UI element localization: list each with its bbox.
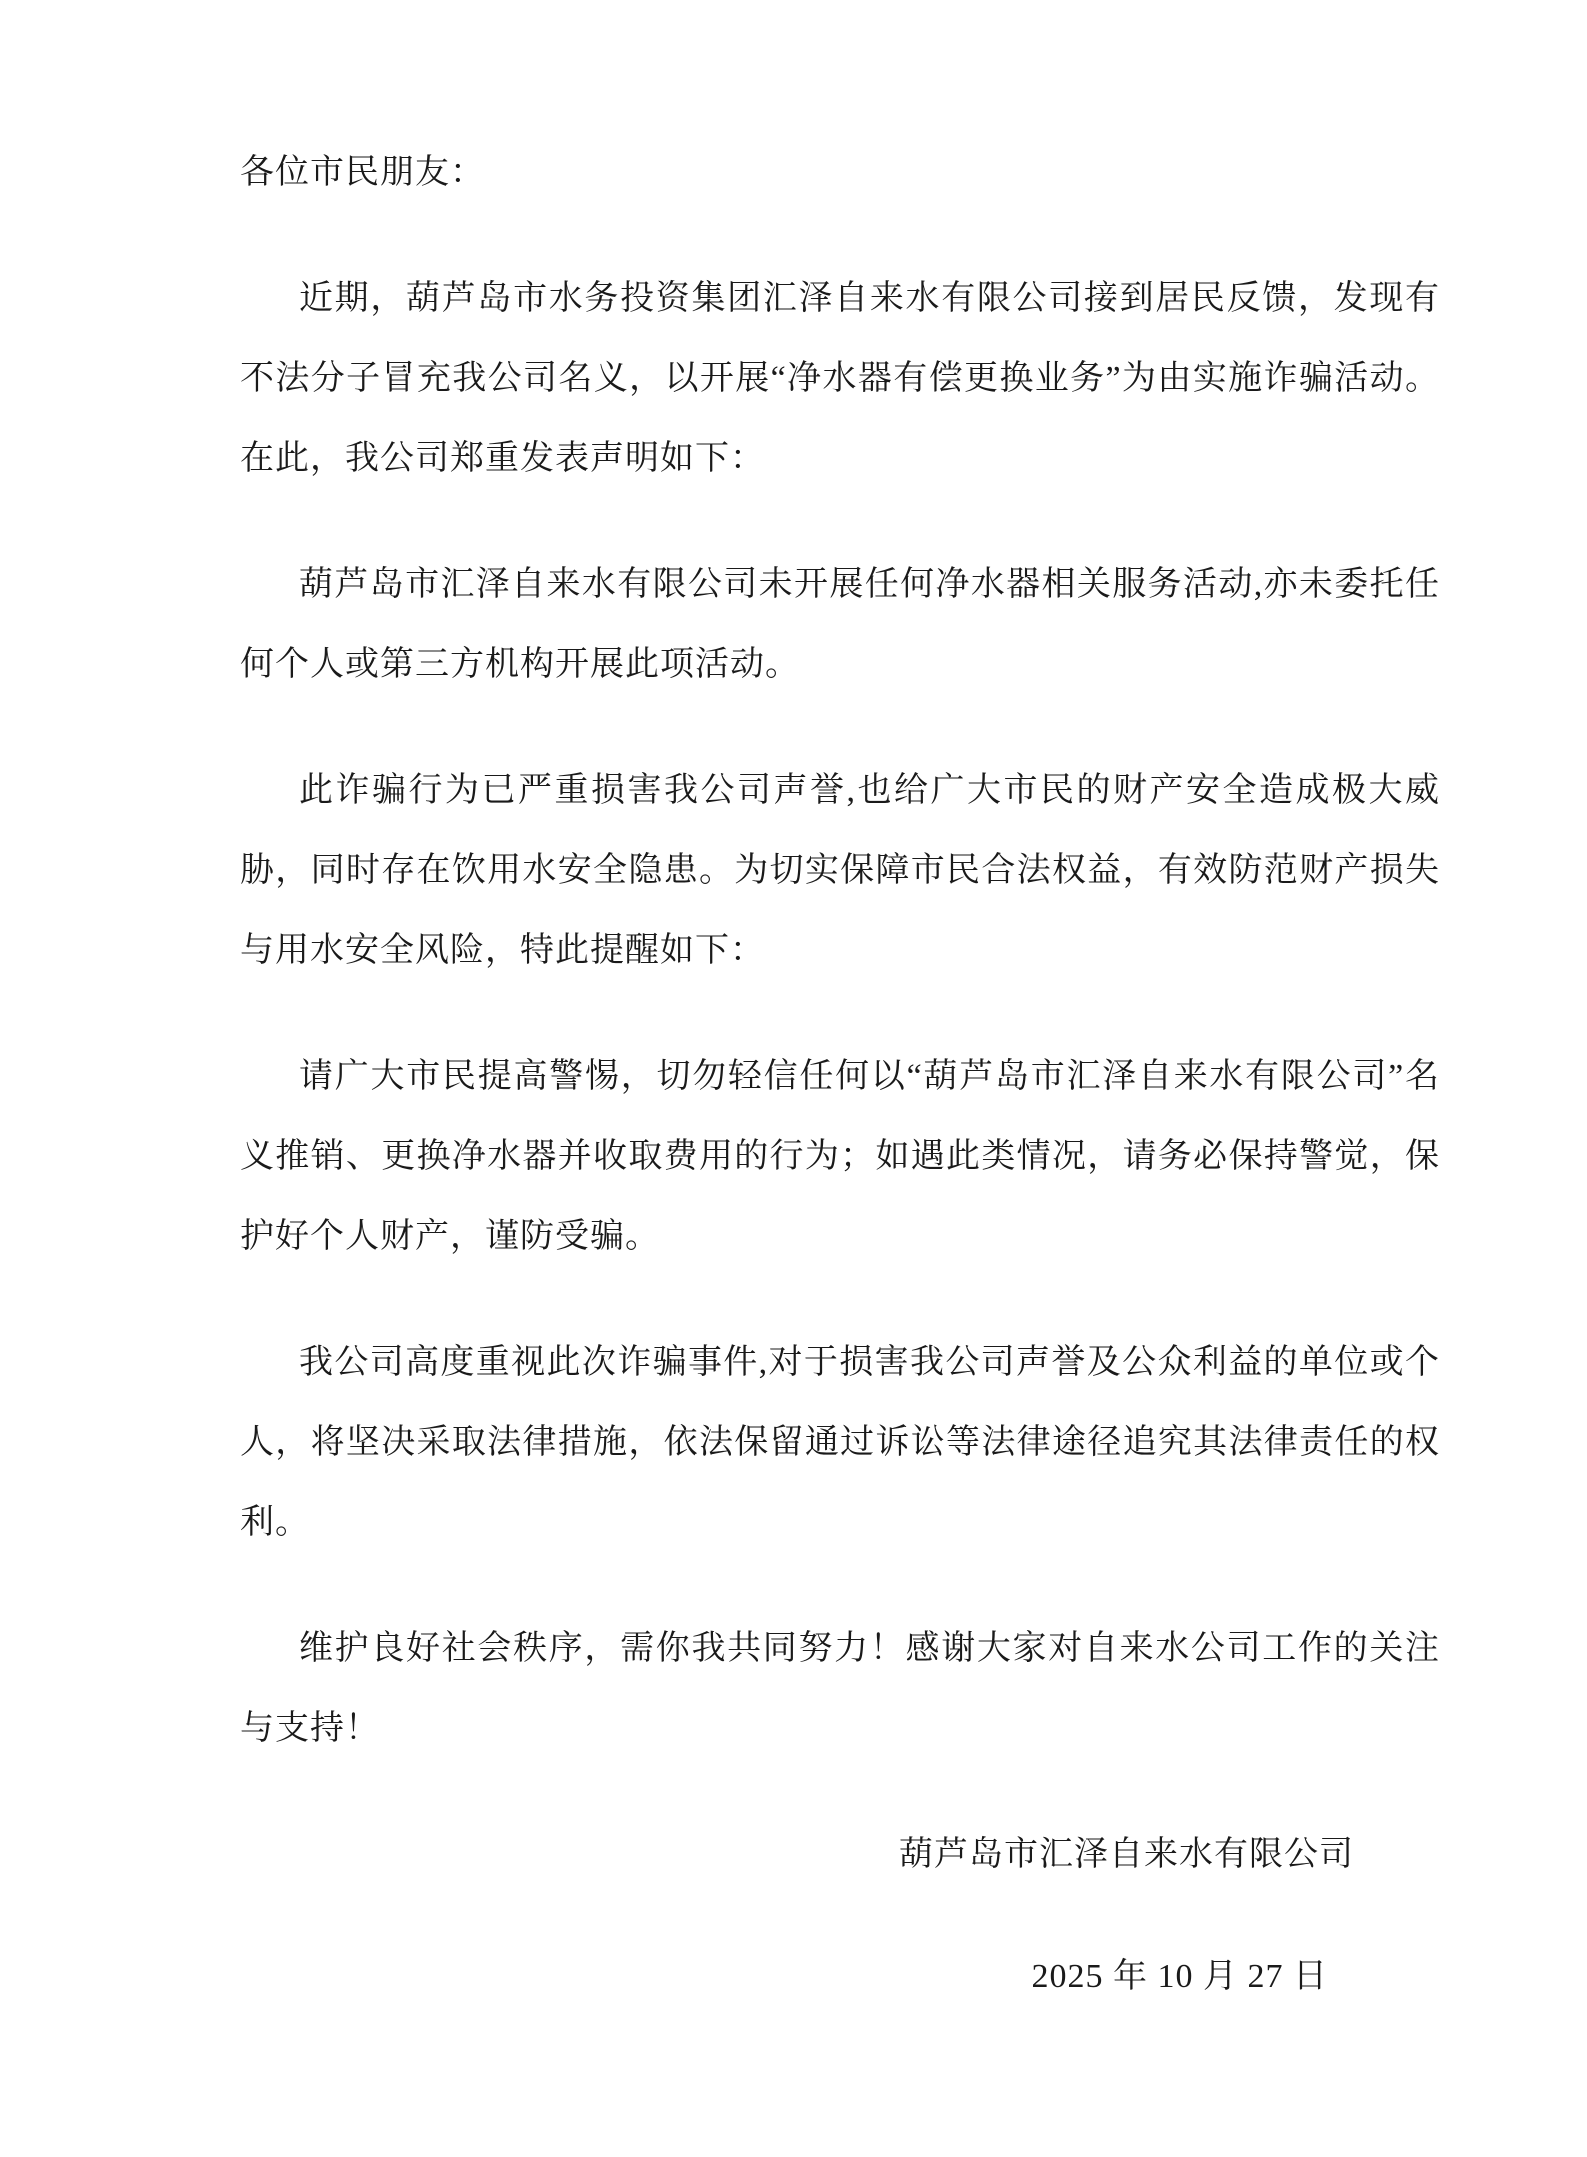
notice-document: 各位市民朋友： 近期，葫芦岛市水务投资集团汇泽自来水有限公司接到居民反馈，发现有… [240,133,1440,2017]
paragraph-closing-thanks: 维护良好社会秩序，需你我共同努力！感谢大家对自来水公司工作的关注与支持！ [240,1609,1440,1769]
date-line: 2025 年 10 月 27 日 [240,1937,1440,2017]
paragraph-harm-warning: 此诈骗行为已严重损害我公司声誉,也给广大市民的财产安全造成极大威胁，同时存在饮用… [240,751,1440,991]
paragraph-statement: 葫芦岛市汇泽自来水有限公司未开展任何净水器相关服务活动,亦未委托任何个人或第三方… [240,545,1440,705]
paragraph-intro: 近期，葫芦岛市水务投资集团汇泽自来水有限公司接到居民反馈，发现有不法分子冒充我公… [240,259,1440,499]
signature-line: 葫芦岛市汇泽自来水有限公司 [240,1815,1440,1895]
paragraph-legal-action: 我公司高度重视此次诈骗事件,对于损害我公司声誉及公众利益的单位或个人，将坚决采取… [240,1323,1440,1563]
paragraph-public-reminder: 请广大市民提高警惕，切勿轻信任何以“葫芦岛市汇泽自来水有限公司”名义推销、更换净… [240,1037,1440,1277]
greeting-line: 各位市民朋友： [240,133,1440,213]
